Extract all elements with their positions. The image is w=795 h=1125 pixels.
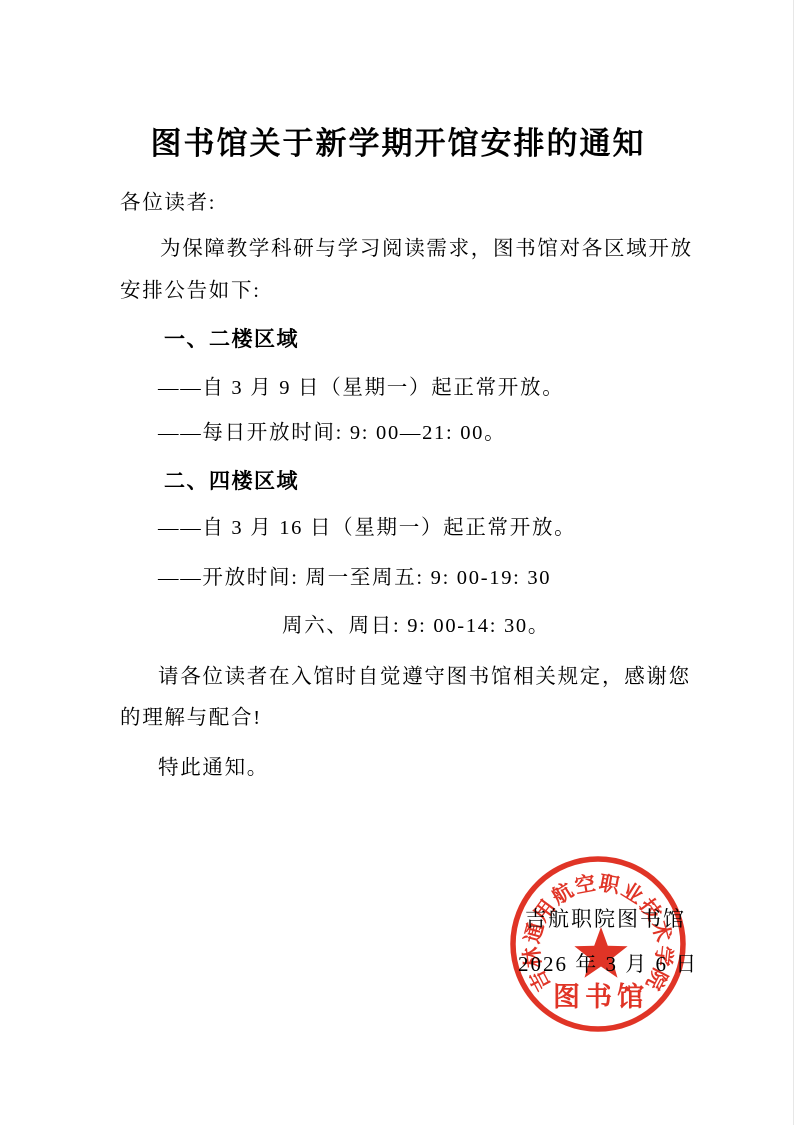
intro-line-1: 为保障教学科研与学习阅读需求，图书馆对各区域开放 [160,236,693,263]
closing-line-1: 请各位读者在入馆时自觉遵守图书馆相关规定，感谢您 [158,664,691,691]
page-title: 图书馆关于新学期开馆安排的通知 [113,118,683,163]
official-seal: 吉林通用航空职业技术学院 图书馆 [500,846,696,1042]
seal-bottom-text: 图书馆 [553,981,649,1013]
intro-line-2: 安排公告如下: [120,278,261,305]
closing-line-2: 的理解与配合! [120,705,262,732]
seal-arc-text: 吉林通用航空职业技术学院 [519,870,676,995]
section-2-line-3: 周六、周日: 9: 00-14: 30。 [282,613,550,640]
section-2-heading: 二、四楼区域 [164,468,299,495]
section-1-line-2: ——每日开放时间: 9: 00—21: 00。 [158,420,506,447]
section-1-heading: 一、二楼区域 [164,326,299,353]
page-edge [793,0,794,1125]
star-icon [574,927,627,978]
notice-page: 图书馆关于新学期开馆安排的通知 各位读者: 为保障教学科研与学习阅读需求，图书馆… [0,0,795,1125]
section-2-line-2: ——开放时间: 周一至周五: 9: 00-19: 30 [158,565,551,592]
closing-line-3: 特此通知。 [158,755,269,782]
salutation: 各位读者: [120,190,216,217]
section-2-line-1: ——自 3 月 16 日（星期一）起正常开放。 [158,515,576,542]
section-1-line-1: ——自 3 月 9 日（星期一）起正常开放。 [158,375,564,402]
